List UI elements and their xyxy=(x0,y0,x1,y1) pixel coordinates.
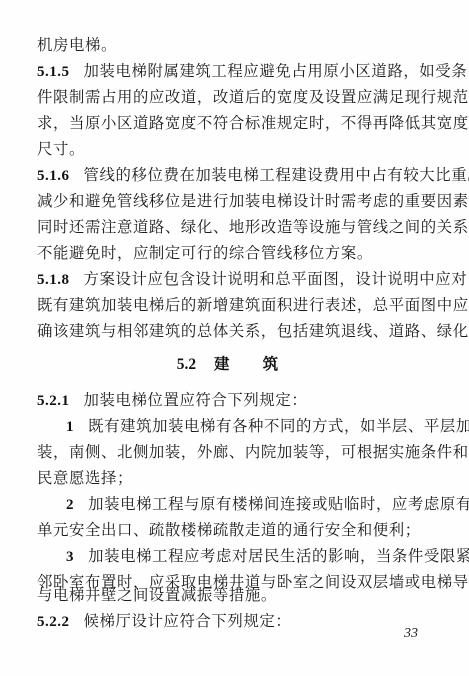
clause-5-1-5-line-2: 件限制需占用的应改道，改道后的宽度及设置应满足现行规范要 xyxy=(37,85,432,109)
item-2-line-2: 单元安全出口、疏散楼梯疏散走道的通行安全和便利； xyxy=(37,518,432,542)
clause-5-1-8-line-3: 确该建筑与相邻建筑的总体关系，包括建筑退线、道路、绿化、 xyxy=(37,319,432,343)
document-page: 机房电梯。 5.1.5加装电梯附属建筑工程应避免占用原小区道路，如受条 件限制需… xyxy=(0,0,469,676)
clause-text: 既有建筑加装电梯后的新增建筑面积进行表述，总平面图中应明 xyxy=(37,296,469,314)
item-text: 装，南侧、北侧加装，外廊、内院加装等，可根据实施条件和居 xyxy=(37,443,469,461)
item-text: 与电梯井壁之间设置减振等措施。 xyxy=(37,586,277,604)
section-title: 建 筑 xyxy=(214,355,292,373)
section-number: 5.2 xyxy=(177,356,196,373)
item-1-line-2: 装，南侧、北侧加装，外廊、内院加装等，可根据实施条件和居 xyxy=(37,440,432,464)
clause-text: 候梯厅设计应符合下列规定： xyxy=(84,612,292,630)
clause-5-1-5-line-1: 5.1.5加装电梯附属建筑工程应避免占用原小区道路，如受条 xyxy=(37,59,432,83)
item-text: 加装电梯工程应考虑对居民生活的影响，当条件受限紧 xyxy=(88,547,469,565)
clause-text: 尺寸。 xyxy=(37,140,85,158)
item-number: 2 xyxy=(66,497,74,513)
clause-number: 5.1.5 xyxy=(37,64,70,80)
clause-number: 5.2.2 xyxy=(37,614,70,630)
clause-text: 求，当原小区道路宽度不符合标准规定时，不得再降低其宽度 xyxy=(37,114,469,132)
item-3-line-3: 与电梯井壁之间设置减振等措施。 xyxy=(37,583,432,607)
item-text: 既有建筑加装电梯有各种不同的方式，如半层、平层加 xyxy=(88,417,469,435)
clause-text: 确该建筑与相邻建筑的总体关系，包括建筑退线、道路、绿化、 xyxy=(37,322,469,340)
clause-number: 5.2.1 xyxy=(37,393,70,409)
item-2-line-1: 2加装电梯工程与原有楼梯间连接或贴临时，应考虑原有 xyxy=(66,492,432,516)
clause-number: 5.1.6 xyxy=(37,168,70,184)
item-text: 单元安全出口、疏散楼梯疏散走道的通行安全和便利； xyxy=(37,521,421,539)
continuation-text-content: 机房电梯。 xyxy=(37,36,117,54)
clause-5-1-6-line-3: 同时还需注意道路、绿化、地形改造等设施与管线之间的关系。 xyxy=(37,215,432,239)
item-3-line-1: 3加装电梯工程应考虑对居民生活的影响，当条件受限紧 xyxy=(66,544,432,568)
clause-number: 5.1.8 xyxy=(37,272,70,288)
clause-text: 不能避免时，应制定可行的综合管线移位方案。 xyxy=(37,244,373,262)
clause-text: 件限制需占用的应改道，改道后的宽度及设置应满足现行规范要 xyxy=(37,88,469,106)
item-number: 3 xyxy=(66,549,74,565)
section-heading: 5.2建 筑 xyxy=(0,351,469,377)
clause-5-1-5-line-3: 求，当原小区道路宽度不符合标准规定时，不得再降低其宽度 xyxy=(37,111,432,135)
clause-5-1-5-line-4: 尺寸。 xyxy=(37,137,432,161)
clause-text: 加装电梯附属建筑工程应避免占用原小区道路，如受条 xyxy=(84,62,468,80)
clause-text: 减少和避免管线移位是进行加装电梯设计时需考虑的重要因素， xyxy=(37,192,469,210)
clause-5-1-6-line-4: 不能避免时，应制定可行的综合管线移位方案。 xyxy=(37,241,432,265)
item-text: 加装电梯工程与原有楼梯间连接或贴临时，应考虑原有 xyxy=(88,495,469,513)
item-text: 民意愿选择； xyxy=(37,469,133,487)
continuation-text: 机房电梯。 xyxy=(37,33,432,57)
item-1-line-3: 民意愿选择； xyxy=(37,466,432,490)
clause-text: 管线的移位费在加装电梯工程建设费用中占有较大比重。 xyxy=(84,166,469,184)
clause-text: 同时还需注意道路、绿化、地形改造等设施与管线之间的关系。 xyxy=(37,218,469,236)
clause-text: 方案设计应包含设计说明和总平面图，设计说明中应对 xyxy=(84,270,468,288)
clause-5-1-8-line-2: 既有建筑加装电梯后的新增建筑面积进行表述，总平面图中应明 xyxy=(37,293,432,317)
clause-5-2-2-intro: 5.2.2候梯厅设计应符合下列规定： xyxy=(37,609,432,633)
clause-5-1-6-line-2: 减少和避免管线移位是进行加装电梯设计时需考虑的重要因素， xyxy=(37,189,432,213)
item-1-line-1: 1既有建筑加装电梯有各种不同的方式，如半层、平层加 xyxy=(66,414,432,438)
page-number: 33 xyxy=(404,626,418,642)
clause-5-1-8-line-1: 5.1.8方案设计应包含设计说明和总平面图，设计说明中应对 xyxy=(37,267,432,291)
clause-5-1-6-line-1: 5.1.6管线的移位费在加装电梯工程建设费用中占有较大比重。 xyxy=(37,163,432,187)
clause-text: 加装电梯位置应符合下列规定： xyxy=(84,391,308,409)
clause-5-2-1-intro: 5.2.1加装电梯位置应符合下列规定： xyxy=(37,388,432,412)
item-number: 1 xyxy=(66,419,74,435)
